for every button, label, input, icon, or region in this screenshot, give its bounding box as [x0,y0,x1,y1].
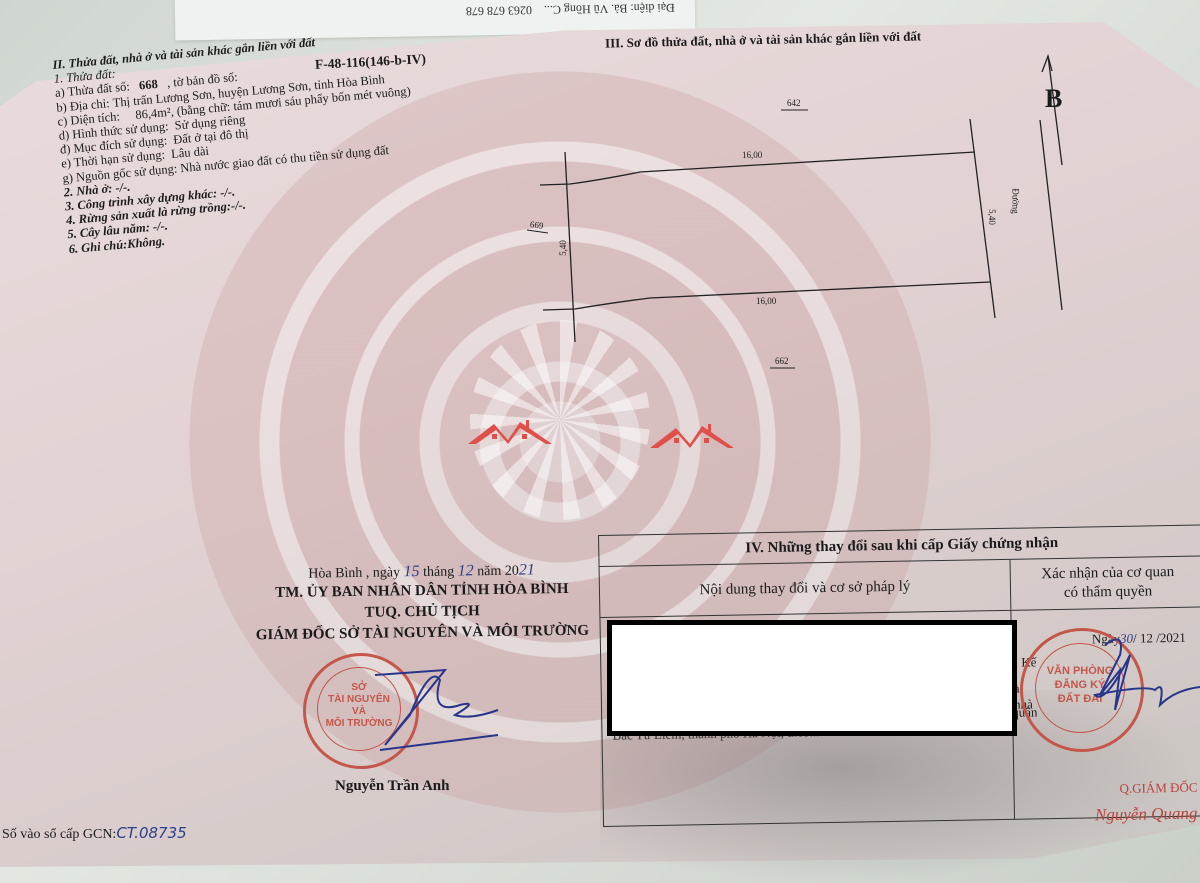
signer-title: Q.GIÁM ĐỐC [1119,780,1197,797]
issue-year-suffix: 21 [519,561,535,578]
registry-label: Số vào sổ cấp GCN: [2,827,116,842]
top-edge-length: 16,00 [742,150,762,160]
year-label: năm 20 [477,564,519,580]
issue-day: 15 [403,563,419,580]
house-roof-logo-icon [650,420,740,452]
registry-value: CT.08735 [116,824,186,842]
column-header-changes: Nội dung thay đổi và cơ sở pháp lý [600,560,1012,617]
month-label: tháng [423,565,454,580]
handwritten-signature-icon [370,655,500,755]
issue-month: 12 [458,562,474,579]
west-edge-length: 5,40 [558,240,568,256]
north-label: B [1045,84,1062,114]
column-header-line: có thẩm quyền [1011,581,1200,603]
issue-place: Hòa Bình , ngày [308,565,400,581]
column-header-line: Xác nhận của cơ quan [1011,562,1200,584]
signer-name: Nguyễn Trần Anh [335,778,450,795]
handwritten-signature-icon [1085,635,1200,725]
issuing-authority-block: Hòa Bình , ngày 15 tháng 12 năm 2021 TM.… [231,560,612,646]
east-edge-length: 5,40 [987,209,997,225]
north-arrow-head [1042,56,1052,72]
neighbor-south-label: 662 [775,356,789,366]
redaction-box [607,620,1017,736]
bottom-edge-length: 16,00 [756,296,776,306]
neighbor-north-label: 642 [787,98,801,108]
road-label: Đường [1011,188,1021,213]
registry-number: Số vào sổ cấp GCN:CT.08735 [2,824,187,843]
column-header-confirmation: Xác nhận của cơ quan có thẩm quyền [1010,556,1200,609]
signer-name: Nguyễn Quang ... [1095,803,1200,825]
neighbor-west-label: 669 [529,219,544,231]
road-edge [1040,120,1062,310]
house-roof-logo-icon [468,416,558,448]
